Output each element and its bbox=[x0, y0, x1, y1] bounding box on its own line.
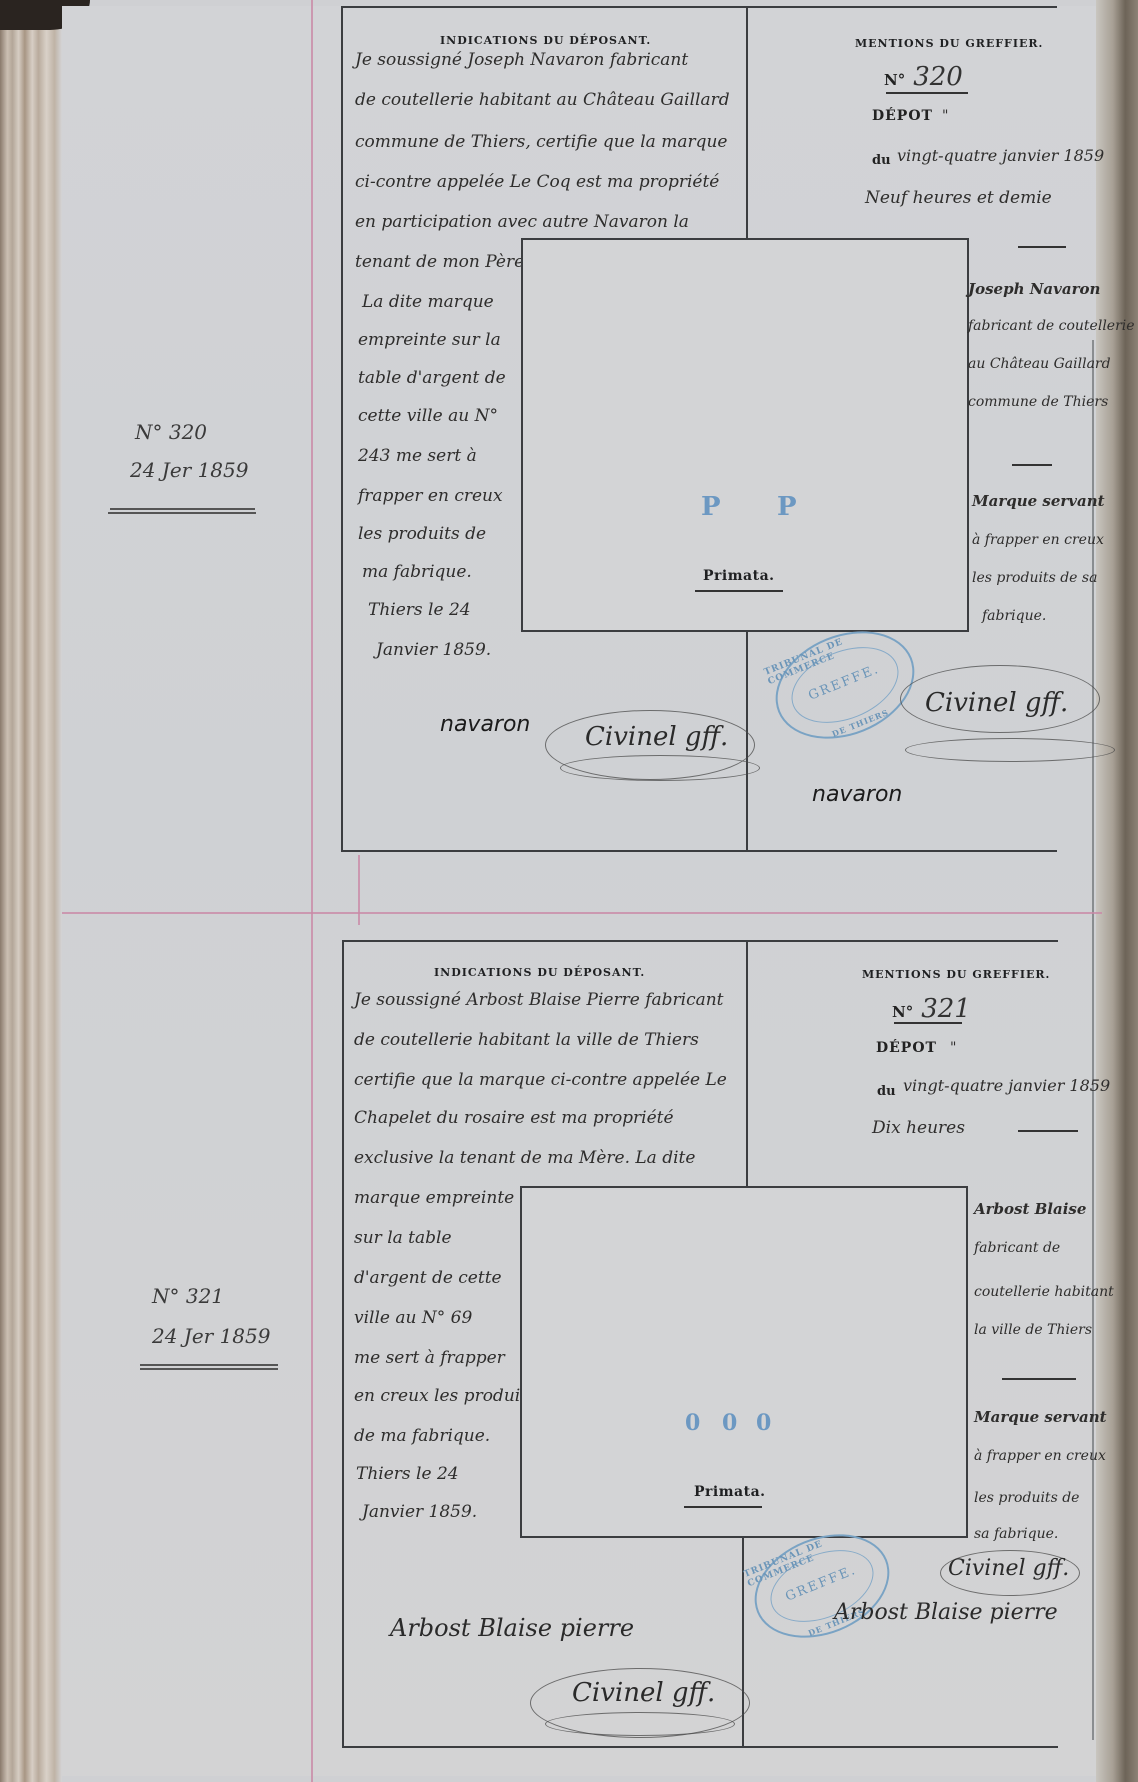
signature-flourish bbox=[905, 738, 1115, 762]
greffier-mark-line: sa fabrique. bbox=[974, 1526, 1058, 1542]
depot-date: vingt-quatre janvier 1859 bbox=[897, 146, 1104, 165]
deposant-header: INDICATIONS DU DÉPOSANT. bbox=[440, 34, 651, 47]
number-value: 321 bbox=[921, 994, 971, 1024]
deposant-narrow-line: me sert à frapper bbox=[354, 1348, 505, 1368]
primata-label: Primata. bbox=[703, 568, 775, 584]
deposant-text-line: Je soussigné Arbost Blaise Pierre fabric… bbox=[354, 990, 724, 1010]
deposant-text-line: commune de Thiers, certifie que la marqu… bbox=[355, 132, 727, 152]
rosary-bead-mark-icon: 0 bbox=[685, 1410, 700, 1436]
primata-label: Primata. bbox=[694, 1484, 766, 1500]
greffier-side-line: Joseph Navaron bbox=[968, 280, 1100, 298]
depot-ditto-mark: " bbox=[942, 108, 948, 124]
deposant-text-line: en participation avec autre Navaron la bbox=[355, 212, 689, 232]
du-label: du bbox=[877, 1084, 896, 1099]
greffier-signature: Civinel gff. bbox=[925, 688, 1068, 718]
deposant-text-line: de coutellerie habitant au Château Gaill… bbox=[355, 90, 730, 110]
greffier-signature: Civinel gff. bbox=[948, 1556, 1069, 1581]
number-underline bbox=[894, 1022, 962, 1024]
deposant-narrow-line: Thiers le 24 bbox=[368, 600, 471, 620]
margin-entry-number: N° 321 bbox=[152, 1284, 224, 1308]
depositor-signature-copy: Arbost Blaise pierre bbox=[834, 1600, 1058, 1625]
deposant-narrow-line: de ma fabrique. bbox=[354, 1426, 490, 1446]
deposant-header: INDICATIONS DU DÉPOSANT. bbox=[434, 966, 645, 979]
entry-bottom-rule bbox=[341, 850, 1057, 852]
margin-double-rule bbox=[108, 512, 256, 514]
greffier-side-line: commune de Thiers bbox=[968, 394, 1108, 410]
separator-dash bbox=[1018, 1130, 1078, 1132]
deposant-narrow-line: les produits de bbox=[358, 524, 486, 544]
page-edge-line bbox=[1092, 340, 1094, 1740]
signature-flourish bbox=[545, 1712, 735, 1736]
entry-bottom-rule bbox=[342, 1746, 1058, 1748]
greffier-signature: Civinel gff. bbox=[585, 722, 728, 752]
deposant-narrow-line: Thiers le 24 bbox=[356, 1464, 459, 1484]
margin-ruling-line bbox=[358, 855, 360, 925]
depositor-signature: navaron bbox=[440, 712, 530, 737]
deposant-narrow-line: en creux les produits bbox=[354, 1386, 536, 1406]
greffier-side-line: la ville de Thiers bbox=[974, 1322, 1092, 1338]
greffier-side-line: fabricant de coutellerie bbox=[968, 318, 1135, 334]
depot-ditto-mark: " bbox=[950, 1040, 956, 1056]
deposant-narrow-line: cette ville au N° bbox=[358, 406, 498, 426]
book-right-edge bbox=[1096, 0, 1138, 1782]
deposant-narrow-line: 243 me sert à bbox=[358, 446, 477, 466]
separator-dash bbox=[1018, 246, 1066, 248]
separator-dash bbox=[1002, 1378, 1076, 1380]
deposant-text-line: tenant de mon Père. bbox=[355, 252, 530, 272]
deposant-narrow-line: empreinte sur la bbox=[358, 330, 501, 350]
deposant-text-line: exclusive la tenant de ma Mère. La dite bbox=[354, 1148, 695, 1168]
number-label: N° bbox=[884, 71, 905, 89]
deposant-narrow-line: ville au N° 69 bbox=[354, 1308, 472, 1328]
greffier-side-line: au Château Gaillard bbox=[968, 356, 1111, 372]
deposant-text-line: ci-contre appelée Le Coq est ma propriét… bbox=[355, 172, 719, 192]
greffier-mark-line: fabrique. bbox=[982, 608, 1046, 624]
deposant-text-line: de coutellerie habitant la ville de Thie… bbox=[354, 1030, 699, 1050]
entry-number: N°321 bbox=[892, 994, 971, 1024]
deposant-text-line: Je soussigné Joseph Navaron fabricant bbox=[355, 50, 688, 70]
depot-label: DÉPOT bbox=[872, 108, 933, 124]
deposant-narrow-line: frapper en creux bbox=[358, 486, 503, 506]
rosary-bead-mark-icon: 0 bbox=[722, 1410, 737, 1436]
separator-dash bbox=[1012, 464, 1052, 466]
margin-double-rule bbox=[140, 1364, 278, 1366]
margin-double-rule bbox=[140, 1368, 278, 1370]
deposant-narrow-line: ma fabrique. bbox=[362, 562, 472, 582]
greffier-side-line: coutellerie habitant bbox=[974, 1284, 1114, 1300]
greffier-mark-line: Marque servant bbox=[972, 492, 1105, 510]
deposant-narrow-line: table d'argent de bbox=[358, 368, 506, 388]
deposant-text-line: Chapelet du rosaire est ma propriété bbox=[354, 1108, 674, 1128]
deposant-text-line: certifie que la marque ci-contre appelée… bbox=[354, 1070, 727, 1090]
depositor-signature-copy: navaron bbox=[812, 782, 902, 807]
margin-entry-number: N° 320 bbox=[135, 420, 207, 444]
number-value: 320 bbox=[913, 62, 963, 92]
margin-entry-date: 24 Jer 1859 bbox=[152, 1324, 270, 1348]
greffier-mark-line: à frapper en creux bbox=[972, 532, 1104, 548]
signature-flourish bbox=[560, 755, 760, 781]
depot-date: vingt-quatre janvier 1859 bbox=[903, 1076, 1110, 1095]
register-page: N° 320 24 Jer 1859 INDICATIONS DU DÉPOSA… bbox=[0, 0, 1138, 1782]
greffier-mark-line: les produits de bbox=[974, 1490, 1079, 1506]
number-label: N° bbox=[892, 1003, 913, 1021]
entry-number: N°320 bbox=[884, 62, 963, 92]
greffier-mark-line: à frapper en creux bbox=[974, 1448, 1106, 1464]
deposant-narrow-line: d'argent de cette bbox=[354, 1268, 502, 1288]
deposant-narrow-line: La dite marque bbox=[362, 292, 494, 312]
margin-ruling-line bbox=[311, 0, 313, 1782]
margin-entry-date: 24 Jer 1859 bbox=[130, 458, 248, 482]
greffier-header: MENTIONS DU GREFFIER. bbox=[855, 37, 1043, 50]
rooster-mark-icon: P bbox=[777, 492, 797, 522]
deposant-narrow-line: marque empreinte bbox=[354, 1188, 514, 1208]
number-underline bbox=[886, 92, 968, 94]
column-divider bbox=[746, 8, 748, 238]
deposant-narrow-line: sur la table bbox=[354, 1228, 452, 1248]
deposant-narrow-line: Janvier 1859. bbox=[376, 640, 491, 660]
depot-time: Neuf heures et demie bbox=[865, 188, 1052, 208]
du-label: du bbox=[872, 153, 891, 168]
book-gutter-pages bbox=[0, 0, 62, 1782]
mark-impression-box: 0 0 0 Primata. bbox=[520, 1186, 968, 1538]
greffier-header: MENTIONS DU GREFFIER. bbox=[862, 968, 1050, 981]
mark-impression-box: P P Primata. bbox=[521, 238, 969, 632]
greffier-signature: Civinel gff. bbox=[572, 1678, 715, 1708]
rosary-bead-mark-icon: 0 bbox=[756, 1410, 771, 1436]
primata-underline bbox=[684, 1506, 762, 1508]
primata-underline bbox=[695, 590, 783, 592]
entry-separator-ruling bbox=[62, 912, 1102, 914]
depositor-signature: Arbost Blaise pierre bbox=[390, 1614, 634, 1642]
greffier-mark-line: Marque servant bbox=[974, 1408, 1107, 1426]
margin-double-rule bbox=[110, 508, 255, 510]
deposant-narrow-line: Janvier 1859. bbox=[362, 1502, 477, 1522]
depot-time: Dix heures bbox=[872, 1118, 965, 1138]
column-divider bbox=[746, 942, 748, 1190]
greffier-mark-line: les produits de sa bbox=[972, 570, 1097, 586]
rooster-mark-icon: P bbox=[701, 492, 721, 522]
greffier-side-line: fabricant de bbox=[974, 1240, 1060, 1256]
greffier-side-line: Arbost Blaise bbox=[974, 1200, 1086, 1218]
depot-label: DÉPOT bbox=[876, 1040, 937, 1056]
